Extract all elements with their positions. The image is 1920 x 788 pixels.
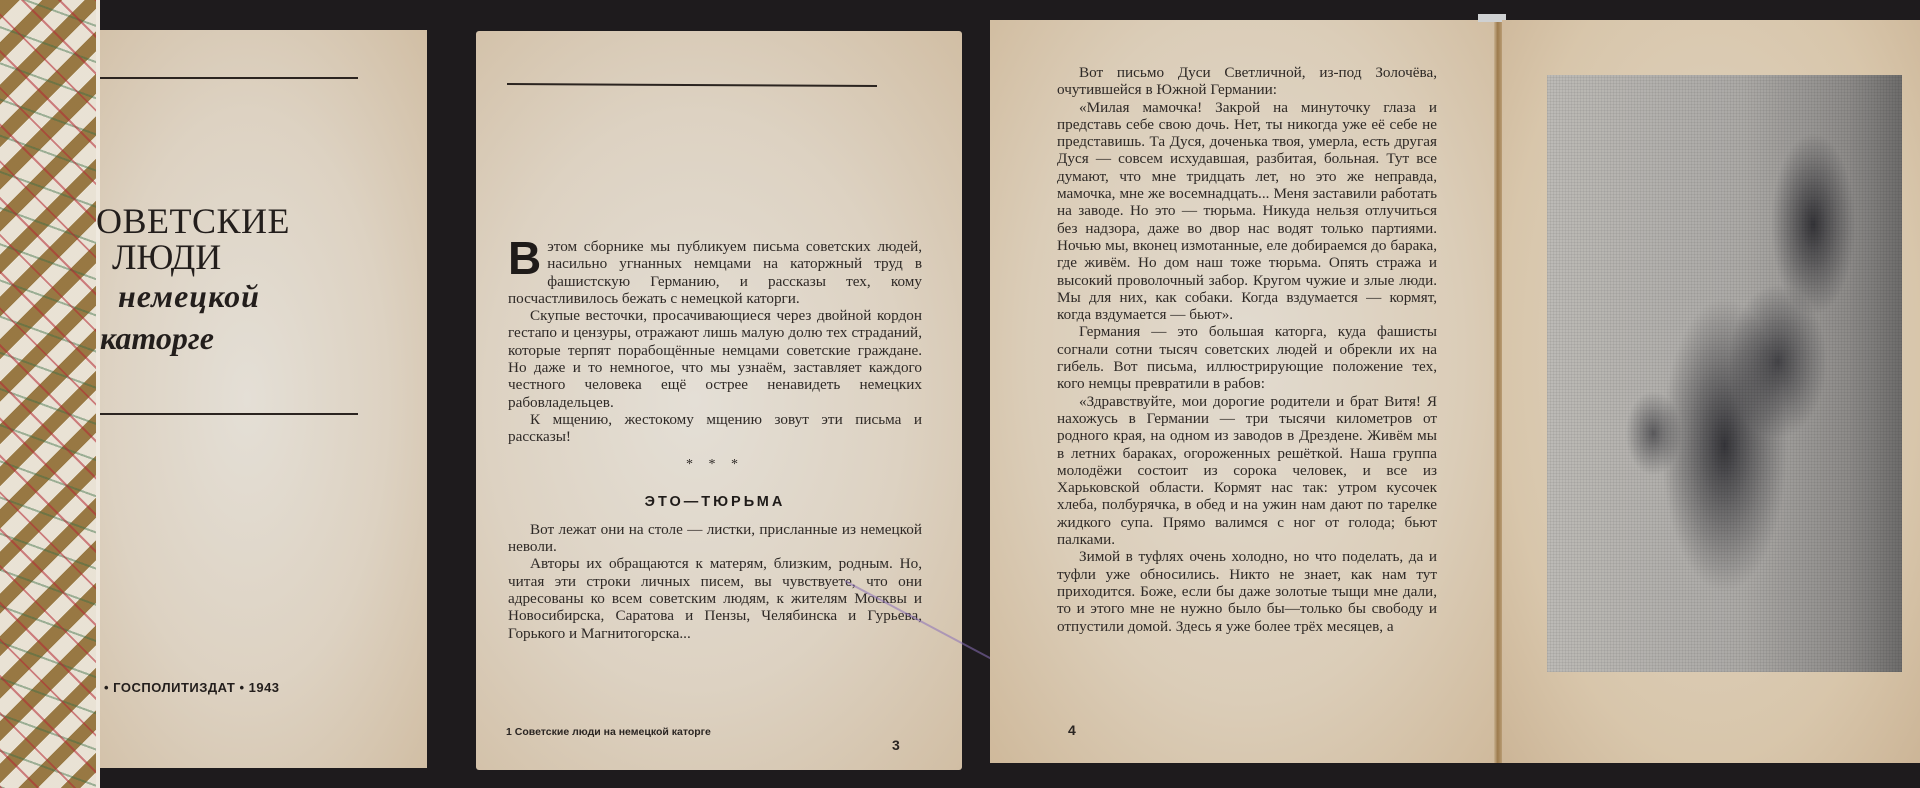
- signature-footer: 1 Советские люди на немецкой каторге: [506, 726, 711, 738]
- halftone-photo: [1547, 75, 1902, 672]
- title-line-4: каторге: [100, 320, 214, 357]
- top-rule: [100, 77, 358, 79]
- page-4: Вот письмо Дуси Светличной, из-под Золоч…: [990, 20, 1502, 763]
- paragraph-3: Германия — это большая каторга, куда фаш…: [1057, 323, 1437, 392]
- title-line-3: немецкой: [118, 278, 260, 315]
- section-title: ЭТО—ТЮРЬМА: [508, 494, 922, 511]
- page-3: Вэтом сборнике мы публикуем письма совет…: [476, 31, 962, 770]
- page-number: 4: [1068, 722, 1076, 738]
- drop-cap: В: [508, 239, 541, 277]
- page-3-body: Вэтом сборнике мы публикуем письма совет…: [508, 238, 922, 642]
- paragraph-4: «Здравствуйте, мои дорогие родители и бр…: [1057, 393, 1437, 549]
- section-paragraph-1: Вот лежат они на столе — листки, прислан…: [508, 521, 922, 556]
- cover-marbled-edge: [0, 0, 100, 788]
- section-separator: * * *: [508, 456, 922, 490]
- title-line-2: ЛЮДИ: [112, 236, 221, 278]
- publisher-imprint: • ГОСПОЛИТИЗДАТ • 1943: [104, 680, 280, 695]
- page-number: 3: [892, 737, 900, 753]
- page-4-body: Вот письмо Дуси Светличной, из-под Золоч…: [1057, 64, 1437, 635]
- section-paragraph-2: Авторы их обращаются к матерям, близким,…: [508, 555, 922, 641]
- intro-paragraph-3: К мщению, жестокому мщению зовут эти пис…: [508, 411, 922, 446]
- paragraph-5: Зимой в туфлях очень холодно, но что под…: [1057, 548, 1437, 634]
- book-gutter-stitching: [1494, 20, 1502, 763]
- paragraph-2: «Милая мамочка! Закрой на минуточку глаз…: [1057, 99, 1437, 324]
- intro-paragraph-2: Скупые весточки, просачивающиеся через д…: [508, 307, 922, 411]
- illustration-page: [1502, 20, 1920, 763]
- bottom-rule: [100, 413, 358, 415]
- top-rule: [507, 83, 877, 86]
- intro-paragraph-1: Вэтом сборнике мы публикуем письма совет…: [508, 238, 922, 307]
- title-page: ОВЕТСКИЕ ЛЮДИ немецкой каторге • ГОСПОЛИ…: [100, 30, 427, 768]
- paragraph-1: Вот письмо Дуси Светличной, из-под Золоч…: [1057, 64, 1437, 99]
